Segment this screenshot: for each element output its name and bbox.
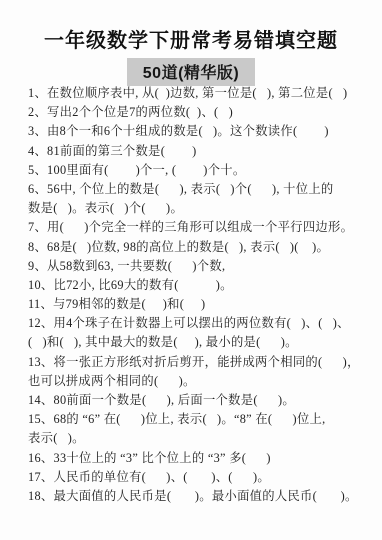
question-line-18: 18、最大面值的人民币是( )。最小面值的人民币( )。 xyxy=(28,487,376,506)
question-list: 1、在数位顺序表中, 从( )边数, 第一位是( ), 第二位是( ) 2、写出… xyxy=(28,84,376,506)
question-line-16: 16、33十位上的 “3” 比个位上的 “3” 多( ) xyxy=(28,449,376,468)
question-line-12-cont: ( )和( ), 其中最大的数是( ), 最小的是( )。 xyxy=(28,333,376,352)
subtitle-badge: 50道(精华版) xyxy=(127,58,255,86)
question-line-15: 15、68的 “6” 在( )位上, 表示( )。“8” 在( )位上, xyxy=(28,410,376,429)
question-line-9: 9、从58数到63, 一共要数( )个数, xyxy=(28,257,376,276)
subtitle-row: 50道(精华版) xyxy=(0,58,382,86)
question-line-3: 3、由8个一和6个十组成的数是( )。这个数读作( ) xyxy=(28,122,376,141)
question-line-6-cont: 数是( )。表示( )个( )。 xyxy=(28,199,376,218)
page-title: 一年级数学下册常考易错填空题 xyxy=(0,24,382,53)
question-line-15-cont: 表示( )。 xyxy=(28,429,376,448)
question-line-17: 17、人民币的单位有( )、( )、( )。 xyxy=(28,468,376,487)
question-line-8: 8、68是( )位数, 98的高位上的数是( ), 表示( )( )。 xyxy=(28,238,376,257)
question-line-1: 1、在数位顺序表中, 从( )边数, 第一位是( ), 第二位是( ) xyxy=(28,84,376,103)
question-line-6: 6、56中, 个位上的数是( ), 表示( )个( ), 十位上的 xyxy=(28,180,376,199)
question-line-7: 7、用( )个完全一样的三角形可以组成一个平行四边形。 xyxy=(28,218,376,237)
question-line-13-cont: 也可以拼成两个相同的( )。 xyxy=(28,372,376,391)
worksheet-page: 一年级数学下册常考易错填空题 50道(精华版) 1、在数位顺序表中, 从( )边… xyxy=(0,0,382,540)
question-line-2: 2、写出2个个位是7的两位数( )、( ) xyxy=(28,103,376,122)
question-line-12: 12、用4个珠子在计数器上可以摆出的两位数有( )、( )、 xyxy=(28,314,376,333)
question-line-11: 11、与79相邻的数是( )和( ) xyxy=(28,295,376,314)
question-line-10: 10、比72小, 比69大的数有( )。 xyxy=(28,276,376,295)
question-line-13: 13、将一张正方形纸对折后剪开，能拼成两个相同的( )， xyxy=(28,353,376,372)
question-line-14: 14、80前面一个数是( ), 后面一个数是( )。 xyxy=(28,391,376,410)
question-line-4: 4、81前面的第三个数是( ) xyxy=(28,142,376,161)
question-line-5: 5、100里面有( )个一, ( )个十。 xyxy=(28,161,376,180)
